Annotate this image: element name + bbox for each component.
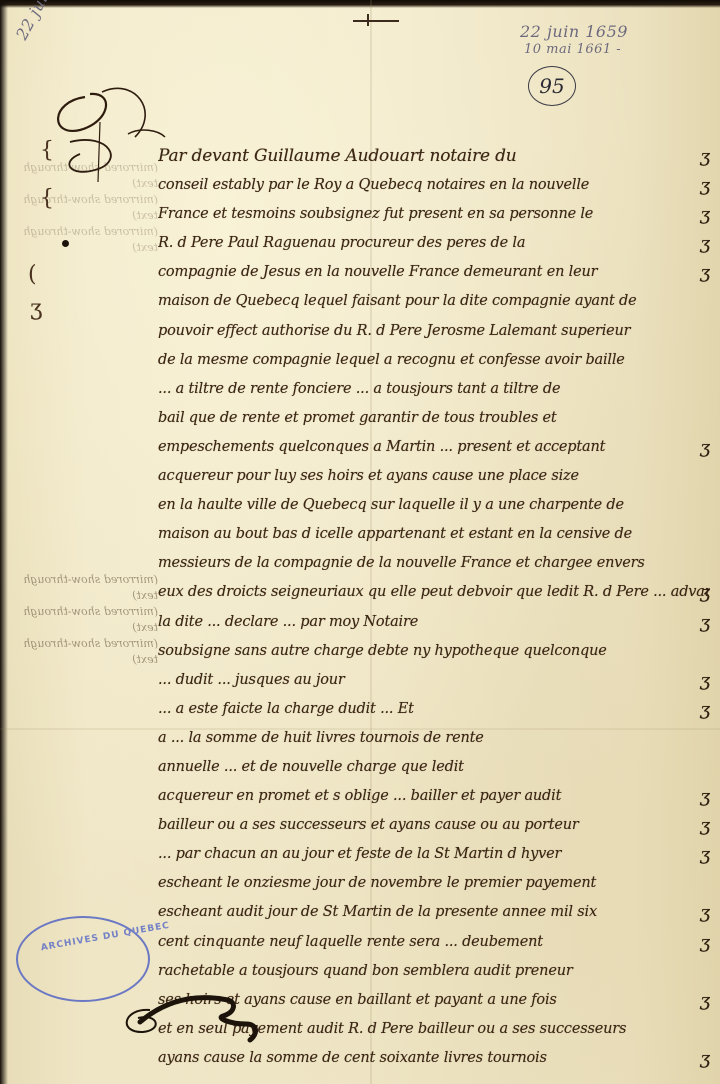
text-line: bail que de rente et promet garantir de … — [158, 404, 710, 433]
manuscript-page: 22 juin 1659 22 juin 1659 10 mai 1661 - … — [0, 0, 720, 1084]
text-line: escheant audit jour de St Martin de la p… — [158, 898, 710, 927]
margin-bleedthrough-top: (mirrored show-through text) (mirrored s… — [8, 160, 158, 256]
line-filler: ʒ — [700, 171, 710, 200]
folio-number-circle: 95 — [528, 66, 576, 106]
line-filler: ʒ — [700, 608, 710, 637]
text-line: maison de Quebecq lequel faisant pour la… — [158, 287, 710, 316]
line-filler: ʒ — [700, 200, 710, 229]
archival-date-right-2: 10 mai 1661 - — [524, 42, 621, 57]
line-filler: ʒ — [700, 666, 710, 695]
margin-bleedthrough-middle: (mirrored show-through text) (mirrored s… — [8, 572, 158, 668]
line-filler: ʒ — [700, 811, 710, 840]
line-filler: ʒ — [700, 782, 710, 811]
text-line: ... a tiltre de rente fonciere ... a tou… — [158, 375, 710, 404]
text-line: ayans cause la somme de cent soixante li… — [158, 1044, 710, 1073]
text-line: rachetable a tousjours quand bon sembler… — [158, 957, 710, 986]
text-line: ... par chacun an au jour et feste de la… — [158, 840, 710, 869]
cross-mark-icon — [353, 20, 399, 22]
line-filler: ʒ — [700, 695, 710, 724]
notary-paraph-signature-icon — [118, 988, 298, 1048]
text-line: de la mesme compagnie lequel a recognu e… — [158, 346, 710, 375]
text-line: France et tesmoins soubsignez fut presen… — [158, 200, 710, 229]
text-line: Par devant Guillaume Audouart notaire du… — [158, 142, 710, 171]
text-line: messieurs de la compagnie de la nouvelle… — [158, 549, 710, 578]
line-filler: ʒ — [700, 986, 710, 1015]
archival-date-right-1: 22 juin 1659 — [520, 22, 628, 41]
line-filler: ʒ — [700, 142, 710, 171]
text-line: soubsigne sans autre charge debte ny hyp… — [158, 637, 710, 666]
line-filler: ʒ — [700, 928, 710, 957]
text-line: annuelle ... et de nouvelle charge que l… — [158, 753, 710, 782]
text-line: R. d Pere Paul Raguenau procureur des pe… — [158, 229, 710, 258]
line-filler: ʒ — [700, 898, 710, 927]
text-line: empeschements quelconques a Martin ... p… — [158, 433, 710, 462]
text-line: conseil estably par le Roy a Quebecq not… — [158, 171, 710, 200]
scan-top-border — [0, 0, 720, 8]
text-line: maison au bout bas d icelle appartenant … — [158, 520, 710, 549]
line-filler: ʒ — [700, 258, 710, 287]
line-filler: ʒ — [700, 840, 710, 869]
stamp-text: ARCHIVES DU QUEBEC — [40, 921, 171, 954]
line-filler: ʒ — [700, 433, 710, 462]
text-line: acquereur en promet et s oblige ... bail… — [158, 782, 710, 811]
handwritten-body: Par devant Guillaume Audouart notaire du… — [158, 142, 710, 1073]
line-filler: ʒ — [700, 229, 710, 258]
text-line: la dite ... declare ... par moy Notaireʒ — [158, 608, 710, 637]
text-line: cent cinquante neuf laquelle rente sera … — [158, 928, 710, 957]
text-line: eux des droicts seigneuriaux qu elle peu… — [158, 578, 710, 607]
text-line: ... dudit ... jusques au jourʒ — [158, 666, 710, 695]
text-line: ... a este faicte la charge dudit ... Et… — [158, 695, 710, 724]
margin-brace-icon: ʒ — [30, 296, 42, 321]
folio-number: 95 — [539, 74, 564, 98]
text-line: pouvoir effect authorise du R. d Pere Je… — [158, 317, 710, 346]
text-line: compagnie de Jesus en la nouvelle France… — [158, 258, 710, 287]
text-line: acquereur pour luy ses hoirs et ayans ca… — [158, 462, 710, 491]
text-line: a ... la somme de huit livres tournois d… — [158, 724, 710, 753]
line-filler: ʒ — [700, 1044, 710, 1073]
text-line: bailleur ou a ses successeurs et ayans c… — [158, 811, 710, 840]
text-line: escheant le onziesme jour de novembre le… — [158, 869, 710, 898]
text-line: en la haulte ville de Quebecq sur laquel… — [158, 491, 710, 520]
scan-left-border — [0, 0, 8, 1084]
line-filler: ʒ — [700, 578, 710, 607]
margin-brace-icon: ( — [28, 262, 37, 287]
